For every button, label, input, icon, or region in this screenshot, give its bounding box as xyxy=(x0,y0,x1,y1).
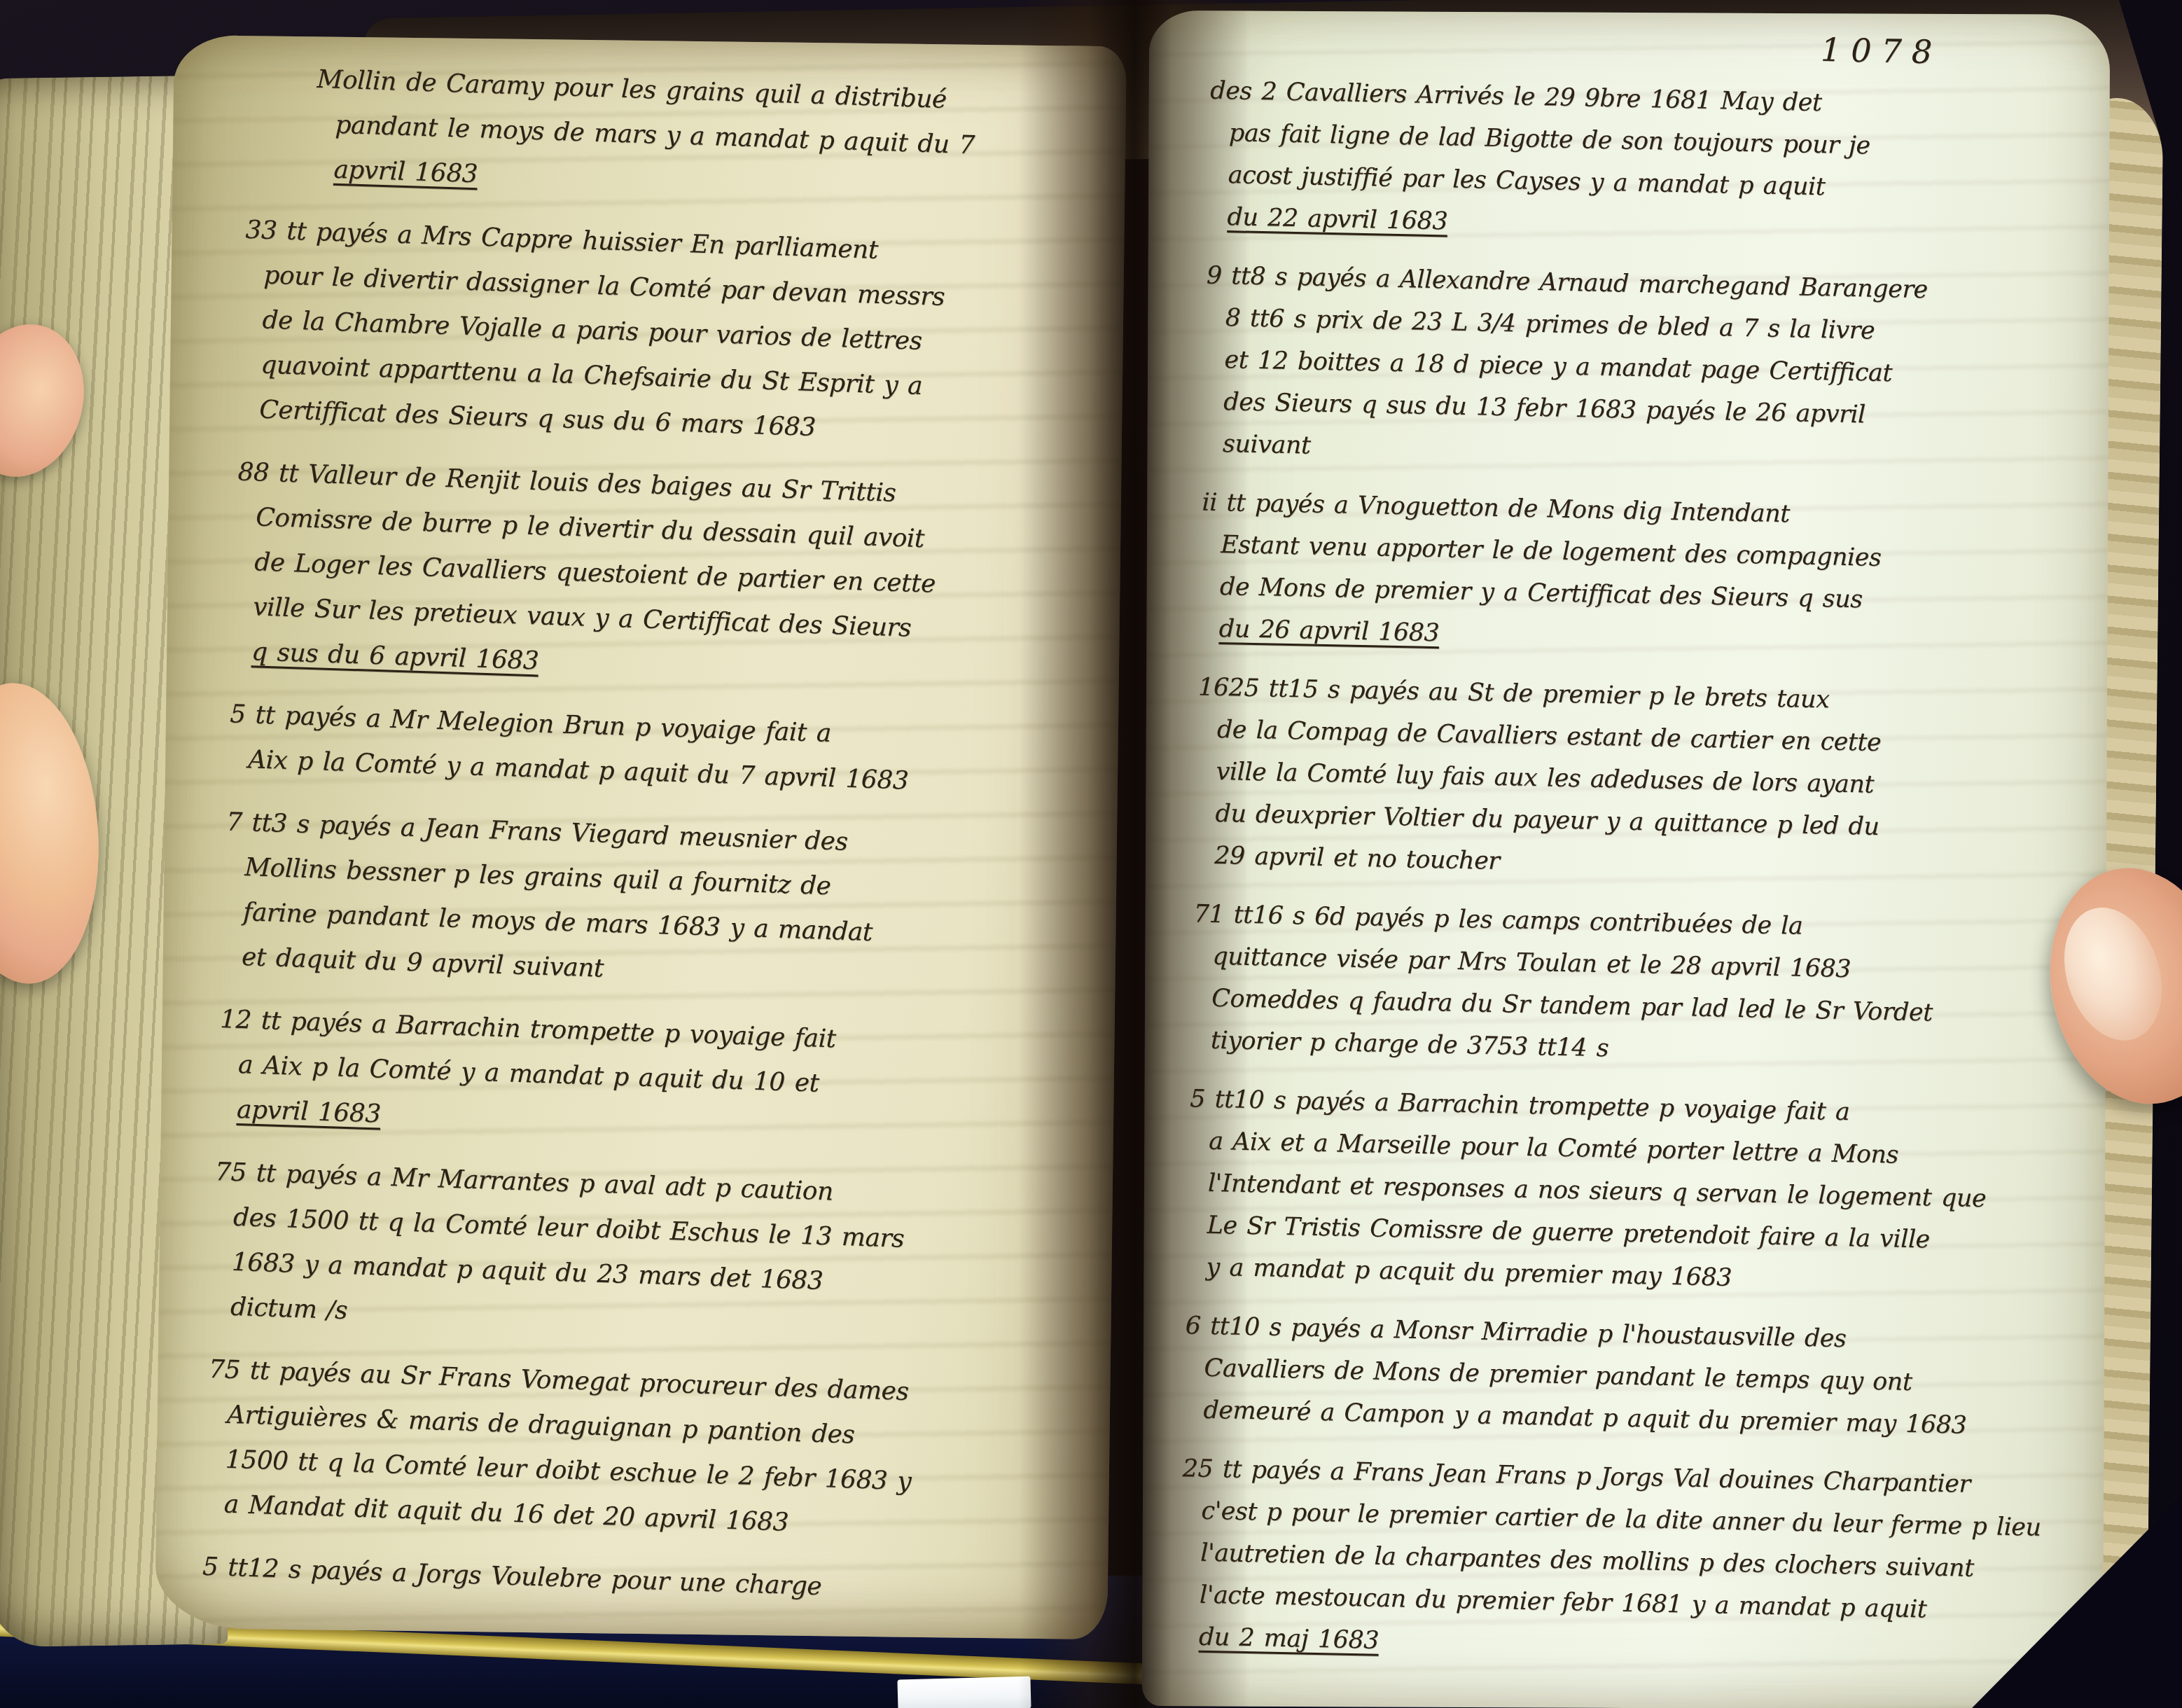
ledger-entry: Mollin de Caramy pour les grains quil a … xyxy=(313,57,1126,218)
folio-number: 1078 xyxy=(1820,31,1942,71)
white-label xyxy=(897,1676,1031,1708)
ledger-entry: 5 tt payés a Mr Melegion Brun p voyaige … xyxy=(228,692,1105,810)
book-gutter-shadow xyxy=(1019,0,1250,1708)
manuscript-photo: Mollin de Caramy pour les grains quil a … xyxy=(0,0,2182,1708)
ledger-entry: 5 tt10 s payés a Barrachin trompette p v… xyxy=(1186,1078,2080,1305)
ledger-entry: 7 tt3 s payés a Jean Frans Viegard meusn… xyxy=(221,800,1102,1007)
ledger-entry: 88 tt Valleur de Renjit louis des baiges… xyxy=(231,450,1113,702)
ledger-entry: 12 tt payés a Barrachin trompette p voya… xyxy=(216,997,1096,1160)
ledger-entry: ii tt payés a Vnoguetton de Mons dig Int… xyxy=(1199,481,2092,667)
ledger-entry: 25 tt payés a Frans Jean Frans p Jorgs V… xyxy=(1179,1447,2072,1675)
ledger-entry: 33 tt payés a Mrs Cappre huissier En par… xyxy=(239,208,1121,460)
ledger-entry: 75 tt payés a Mr Marrantes p aval adt p … xyxy=(210,1150,1091,1357)
ledger-entry: 75 tt payés au Sr Frans Vomegat procureu… xyxy=(204,1347,1085,1555)
left-page: Mollin de Caramy pour les grains quil a … xyxy=(155,35,1127,1639)
ledger-entry: 71 tt16 s 6d payés p les camps contribué… xyxy=(1190,893,2083,1078)
ledger-entry: 9 tt8 s payés a Allexandre Arnaud marche… xyxy=(1202,255,2096,482)
right-page: 1078 des 2 Cavalliers Arrivés le 29 9bre… xyxy=(1142,11,2111,1708)
ledger-entry: des 2 Cavalliers Arrivés le 29 9bre 1681… xyxy=(1207,70,2100,256)
thumbnail xyxy=(2048,895,2178,1053)
ledger-entry: 6 tt10 s payés a Monsr Mirradie p l'hous… xyxy=(1183,1305,2075,1448)
left-page-text: Mollin de Caramy pour les grains quil a … xyxy=(202,55,1126,1618)
ledger-entry: 1625 tt15 s payés au St de premier p le … xyxy=(1195,666,2088,894)
right-page-text: des 2 Cavalliers Arrivés le 29 9bre 1681… xyxy=(1179,70,2099,1676)
